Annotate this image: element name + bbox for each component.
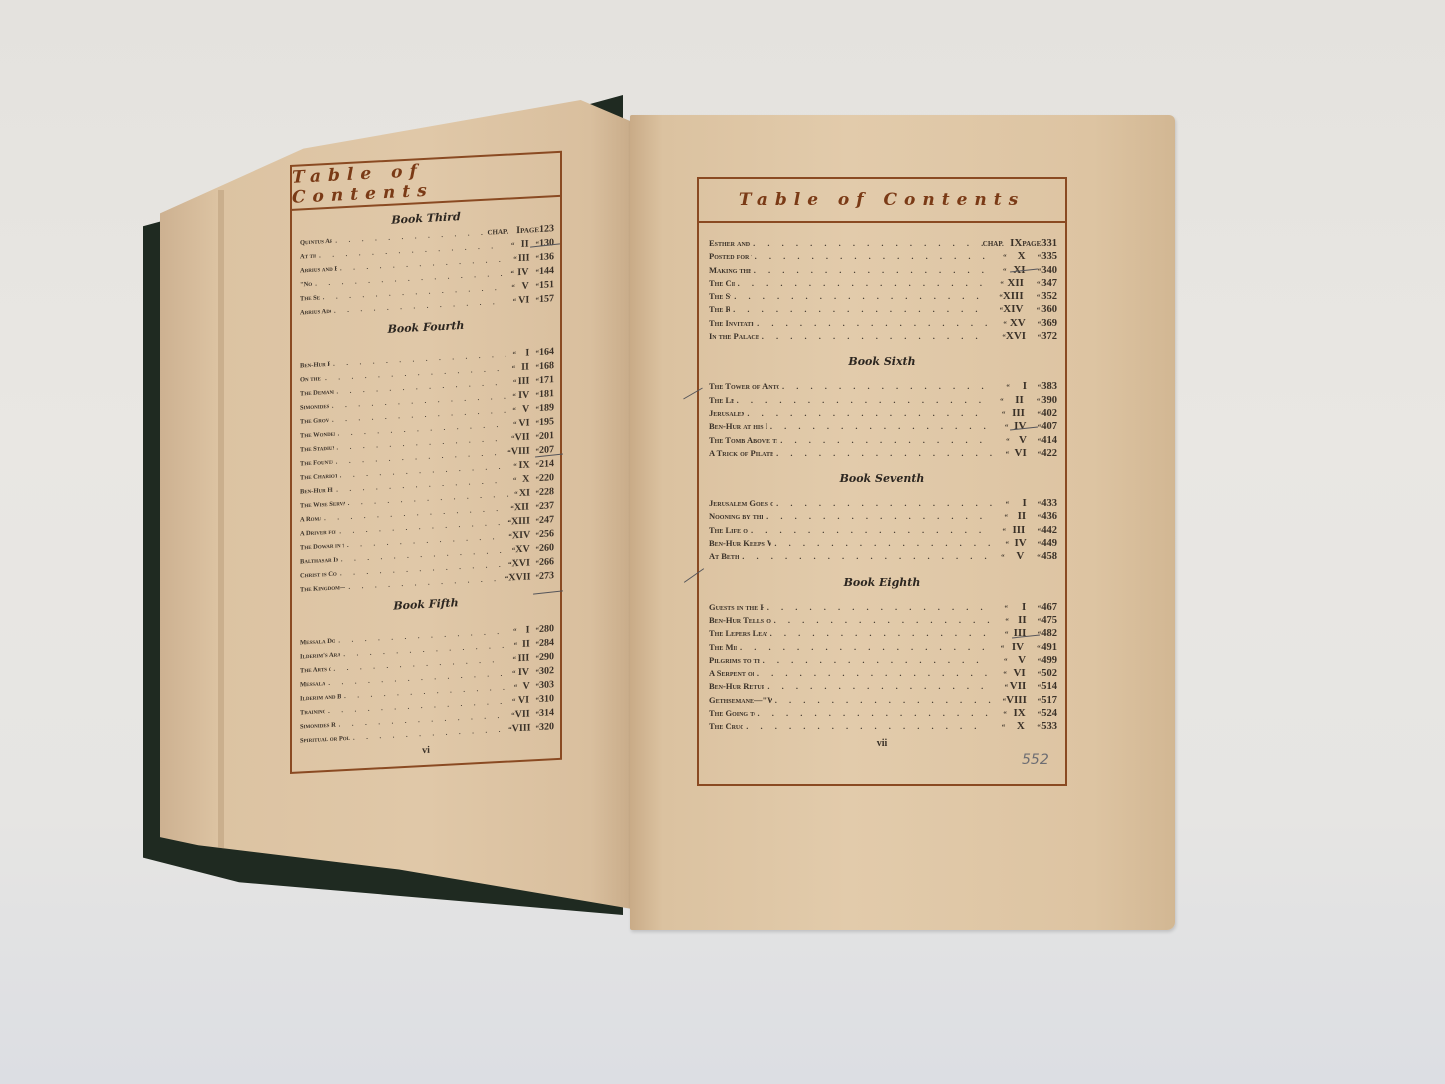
- leader-dots: [767, 627, 993, 640]
- page-number: 360: [1040, 303, 1057, 316]
- chapter-title: "No. 60": [300, 278, 312, 293]
- page-label: “: [530, 570, 539, 584]
- toc-row: Ben-Hur Returns to Esther “ VII “ 514: [699, 680, 1065, 693]
- chap-label: “: [505, 431, 514, 445]
- leader-dots: [752, 250, 990, 263]
- page-label: “: [530, 542, 539, 556]
- chapter-number: IV: [514, 266, 528, 281]
- page-label: “: [529, 651, 539, 666]
- chapter-number: IX: [1004, 237, 1023, 250]
- page-label: “: [1027, 615, 1042, 628]
- chap-label: “: [987, 642, 1005, 655]
- chapter-number: III: [1008, 627, 1026, 640]
- page-number: 303: [539, 678, 554, 693]
- page-label: “: [530, 430, 539, 444]
- chapter-title: A Trick of Pilate's—The Combat: [709, 447, 773, 460]
- chapter-number: XVI: [1006, 330, 1026, 343]
- toc-row: Jerusalem Again “ III “ 402: [699, 407, 1065, 420]
- leader-dots: [737, 641, 987, 654]
- chap-label: “: [993, 421, 1009, 434]
- chapter-number: V: [1010, 434, 1027, 447]
- page-label: “: [1026, 602, 1041, 615]
- toc-row: The Crucifixion “ X “ 533: [699, 720, 1065, 733]
- page-number: 123: [539, 222, 554, 237]
- page-number: 280: [539, 622, 554, 637]
- chap-label: “: [503, 266, 514, 281]
- chapter-title: Pilgrims to the Passover: [709, 654, 760, 667]
- toc-row: The Life of a Soul “ III “ 442: [699, 524, 1065, 537]
- leader-dots: [754, 317, 990, 330]
- page-number: 228: [539, 485, 554, 500]
- chap-label: “: [502, 515, 511, 529]
- chap-label: CHAP.: [487, 225, 508, 240]
- leader-dots: [739, 550, 987, 563]
- page-number: 136: [539, 250, 554, 265]
- chapter-title: The Invitation of Iras: [709, 317, 754, 330]
- chap-label: “: [505, 666, 515, 681]
- chapter-title: The Start: [709, 290, 731, 303]
- page-label: “: [529, 360, 539, 375]
- page-label: “: [529, 388, 539, 403]
- chapter-number: III: [516, 651, 529, 666]
- chap-label: “: [990, 331, 1006, 344]
- page-number: 331: [1041, 237, 1057, 250]
- page-number: 458: [1041, 550, 1057, 563]
- chapter-title: Ben-Hur Keeps Watch with Iras: [709, 537, 771, 550]
- page-number: 195: [539, 415, 554, 430]
- toc-row: The Tower of Antonia—Cell No. VI. “ I “ …: [699, 380, 1065, 393]
- page-number: 164: [539, 345, 554, 360]
- page-label: “: [530, 623, 540, 637]
- chapter-number: II: [1004, 394, 1024, 407]
- chapter-title: The Race: [709, 303, 730, 316]
- toc-row: Posted for the Race “ X “ 335: [699, 250, 1065, 263]
- chap-label: “: [993, 538, 1009, 551]
- leader-dots: [771, 537, 993, 550]
- book-heading: Book Eighth: [699, 576, 1065, 589]
- leader-dots: [754, 667, 990, 680]
- chap-label: “: [500, 572, 509, 586]
- page-number: 517: [1041, 694, 1057, 707]
- toc-row: Pilgrims to the Passover “ V “ 499: [699, 654, 1065, 667]
- chap-label: “: [988, 408, 1005, 421]
- page-label: “: [530, 486, 539, 500]
- chap-label: “: [988, 721, 1005, 734]
- page-number: 340: [1041, 264, 1057, 277]
- page-label: “: [1026, 708, 1042, 721]
- page-label: “: [530, 514, 539, 528]
- toc-row: Ben-Hur at his Father's Gate “ IV “ 407: [699, 420, 1065, 433]
- chapter-number: II: [517, 637, 530, 652]
- chapter-number: II: [514, 237, 528, 252]
- chapter-number: XVII: [508, 570, 530, 585]
- chapter-number: IX: [1007, 707, 1026, 720]
- toc-row: Esther and Ben-Hur CHAP. IX PAGE 331: [699, 237, 1065, 250]
- page-number: 247: [539, 513, 554, 528]
- chap-label: “: [994, 435, 1009, 448]
- chap-label: “: [993, 615, 1009, 628]
- chapter-title: The Life of a Soul: [709, 524, 748, 537]
- chap-label: “: [991, 695, 1006, 708]
- chap-label: “: [504, 501, 514, 516]
- chapter-number: X: [516, 472, 529, 487]
- page-number: 433: [1041, 497, 1057, 510]
- chapter-number: X: [1007, 250, 1026, 263]
- chapter-number: VI: [1007, 667, 1026, 680]
- toc-row: The Invitation of Iras “ XV “ 369: [699, 317, 1065, 330]
- toc-row: Gethsemane—"Whom Seek Ye?" “ VIII “ 517: [699, 694, 1065, 707]
- chap-label: “: [992, 628, 1008, 641]
- page-number: 514: [1041, 680, 1057, 693]
- chap-label: “: [992, 602, 1008, 615]
- page-number: 168: [539, 359, 554, 374]
- chapter-title: In the Palace of Idernee: [709, 330, 759, 343]
- chapter-number: XIV: [1003, 303, 1023, 316]
- toc-row: In the Palace of Idernee “ XVI “ 372: [699, 330, 1065, 343]
- chap-label: “: [990, 265, 1007, 278]
- chapter-number: VIII: [1006, 694, 1027, 707]
- chap-label: “: [985, 291, 1003, 304]
- toc-row: The Miracle “ IV “ 491: [699, 641, 1065, 654]
- page-label: “: [529, 402, 539, 417]
- chap-label: “: [505, 280, 515, 295]
- leader-dots: [771, 614, 994, 627]
- page-number: 347: [1040, 277, 1057, 290]
- chapter-number: V: [516, 402, 529, 417]
- page-number: 407: [1041, 420, 1057, 433]
- chap-label: “: [507, 252, 516, 266]
- chap-label: “: [506, 347, 516, 362]
- chapter-number: I: [508, 224, 520, 239]
- page-number: 422: [1041, 447, 1057, 460]
- leader-dots: [730, 303, 985, 316]
- chapter-number: X: [1005, 720, 1025, 733]
- chapter-number: XV: [515, 542, 529, 557]
- chapter-title: Posted for the Race: [709, 250, 752, 263]
- chapter-number: II: [1008, 510, 1026, 523]
- chapter-number: VI: [1009, 447, 1027, 460]
- page-label: “: [530, 458, 539, 472]
- page-label: “: [529, 500, 539, 515]
- chap-label: “: [506, 543, 515, 557]
- chapter-title: The Lepers Leave their Tomb: [709, 627, 767, 640]
- chapter-title: The Miracle: [709, 641, 737, 654]
- chapter-number: XIV: [512, 528, 530, 543]
- chapter-number: I: [1010, 380, 1027, 393]
- leader-dots: [764, 601, 992, 614]
- page-label: “: [1024, 551, 1040, 564]
- toc-row: Ben-Hur Tells of the Nazarene “ II “ 475: [699, 614, 1065, 627]
- page-label: “: [1024, 395, 1041, 408]
- chapter-title: Arrius Adopts Ben-Hur: [300, 305, 331, 321]
- chap-label: “: [504, 238, 514, 253]
- chap-label: “: [991, 655, 1007, 668]
- toc-row: The Lepers “ II “ 390: [699, 394, 1065, 407]
- chap-label: “: [505, 361, 515, 376]
- toc-right-panel: Table of Contents Esther and Ben-Hur CHA…: [697, 177, 1067, 786]
- chapter-number: IV: [1009, 537, 1027, 550]
- page-number: 402: [1041, 407, 1057, 420]
- page-label: “: [1023, 304, 1040, 317]
- page-label: “: [1025, 408, 1041, 421]
- toc-row: The Lepers Leave their Tomb “ III “ 482: [699, 627, 1065, 640]
- page-label: “: [530, 528, 539, 542]
- page-number: 436: [1041, 510, 1057, 523]
- leader-dots: [773, 447, 993, 460]
- page-number: 499: [1041, 654, 1057, 667]
- page-number: 372: [1041, 330, 1057, 343]
- leader-dots: [751, 264, 990, 277]
- page-number: 284: [539, 636, 554, 651]
- page-number: 266: [539, 555, 554, 570]
- toc-row: Jerusalem Goes out to a Prophet “ I “ 43…: [699, 497, 1065, 510]
- page-label: “: [1026, 318, 1042, 331]
- chap-label: “: [507, 459, 516, 473]
- page-number: 442: [1041, 524, 1057, 537]
- chap-label: “: [506, 294, 516, 309]
- page-label: “: [1027, 498, 1041, 511]
- toc-left-content: Book Third Quintus Arrius Goes to Sea CH…: [292, 205, 560, 748]
- chapter-number: IX: [517, 458, 530, 473]
- page-label: “: [529, 346, 539, 361]
- page-label: “: [530, 637, 539, 651]
- chapter-title: Making the Wagers: [709, 264, 751, 277]
- page-label: “: [530, 679, 539, 693]
- chapter-title: The Tomb Above the King's Garden.: [709, 434, 777, 447]
- page-label: “: [1027, 381, 1041, 394]
- chapter-number: III: [517, 251, 530, 266]
- chapter-title: A Roman Orgie: [300, 512, 321, 527]
- leader-dots: [759, 330, 990, 343]
- chap-label: “: [501, 445, 510, 459]
- page-label: “: [529, 293, 539, 308]
- leader-dots: [731, 290, 985, 303]
- page-number: 390: [1040, 394, 1057, 407]
- page-label: “: [530, 251, 539, 265]
- page-label: “: [1025, 525, 1041, 538]
- page-number: 310: [539, 692, 554, 707]
- page-number: 273: [539, 569, 554, 584]
- chap-label: “: [994, 498, 1010, 511]
- chap-label: “: [507, 624, 517, 638]
- page-number: 524: [1041, 707, 1057, 720]
- chap-label: “: [507, 375, 517, 390]
- leader-dots: [767, 420, 993, 433]
- page-number: 467: [1041, 601, 1057, 614]
- page-number: 314: [539, 706, 554, 721]
- chapter-title: The Kingdom—Spiritual or Political?: [300, 581, 345, 597]
- chapter-title: Nooning by the Pool—Iras: [709, 510, 763, 523]
- chapter-number: XII: [514, 500, 529, 515]
- page-number: 189: [539, 401, 554, 416]
- chapter-title: Guests in the House of Hur: [709, 601, 764, 614]
- chap-label: “: [985, 304, 1003, 317]
- page-label: “: [1027, 435, 1041, 448]
- page-label: PAGE: [1022, 238, 1041, 251]
- toc-title-right: Table of Contents: [699, 179, 1065, 223]
- page-label: “: [1024, 291, 1041, 304]
- leader-dots: [755, 707, 991, 720]
- leader-dots: [735, 277, 986, 290]
- page-number: 260: [539, 541, 554, 556]
- chap-label: “: [990, 708, 1007, 721]
- chapter-title: Esther and Ben-Hur: [709, 237, 750, 250]
- page-label: “: [1027, 538, 1042, 551]
- page-label: “: [531, 721, 539, 735]
- chapter-number: I: [1008, 601, 1026, 614]
- chapter-number: XIII: [1003, 290, 1024, 303]
- page-label: “: [1026, 331, 1041, 344]
- chapter-title: A Serpent of the Nile: [709, 667, 754, 680]
- chap-label: “: [986, 395, 1004, 408]
- chapter-title: Ben-Hur Returns to Esther: [709, 680, 764, 693]
- chapter-number: VII: [1008, 680, 1026, 693]
- page-label: “: [528, 265, 539, 280]
- chapter-title: Ben-Hur Tells of the Nazarene: [709, 614, 771, 627]
- toc-row: The Going to Calvary “ IX “ 524: [699, 707, 1065, 720]
- leader-dots: [744, 407, 988, 420]
- page-label: “: [1026, 655, 1041, 668]
- page-number: 302: [539, 664, 554, 679]
- page-label: “: [1027, 448, 1041, 461]
- chap-label: “: [990, 251, 1007, 264]
- page-label: “: [529, 693, 539, 708]
- toc-row: Ben-Hur Keeps Watch with Iras “ IV “ 449: [699, 537, 1065, 550]
- chapter-number: XI: [518, 486, 530, 501]
- page-number: 214: [539, 457, 554, 472]
- page-number: 201: [539, 429, 554, 444]
- toc-row: The Tomb Above the King's Garden. “ V “ …: [699, 434, 1065, 447]
- page-number: 352: [1040, 290, 1057, 303]
- leader-dots: [763, 510, 992, 523]
- chapter-number: III: [516, 374, 529, 389]
- page-number: 449: [1041, 537, 1057, 550]
- page-number: 320: [539, 720, 554, 735]
- chap-label: “: [507, 417, 517, 431]
- chapter-number: VI: [515, 693, 529, 708]
- leader-dots: [760, 654, 992, 667]
- leader-dots: [772, 694, 991, 707]
- leader-dots: [779, 380, 995, 393]
- chapter-number: VIII: [511, 444, 530, 459]
- page-label: “: [529, 279, 539, 294]
- toc-row: The Start “ XIII “ 352: [699, 290, 1065, 303]
- page-number: 414: [1041, 434, 1057, 447]
- page-label: “: [529, 472, 539, 487]
- book-heading: Book Sixth: [699, 355, 1065, 368]
- chapter-number: III: [1006, 524, 1025, 537]
- page-label: “: [1026, 511, 1041, 524]
- chap-label: “: [994, 448, 1010, 461]
- toc-row: Making the Wagers “ XI “ 340: [699, 264, 1065, 277]
- page-number: 475: [1041, 614, 1057, 627]
- chapter-title: Messala on Guard: [300, 677, 325, 692]
- page-number: 220: [539, 471, 554, 486]
- chapter-number: V: [515, 279, 529, 294]
- chapter-number: V: [1008, 654, 1026, 667]
- page-number: 335: [1041, 250, 1057, 263]
- chapter-number: V: [1005, 550, 1025, 563]
- page-number: 491: [1041, 641, 1057, 654]
- chap-label: “: [503, 529, 512, 543]
- chapter-title: The Tower of Antonia—Cell No. VI.: [709, 380, 779, 393]
- page-number: 237: [539, 499, 554, 514]
- chapter-number: IV: [1008, 420, 1026, 433]
- toc-row: Guests in the House of Hur “ I “ 467: [699, 601, 1065, 614]
- chapter-number: II: [1009, 614, 1027, 627]
- chapter-number: XVI: [512, 556, 530, 571]
- leader-dots: [743, 720, 988, 733]
- chapter-title: The Crucifixion: [709, 720, 743, 733]
- chapter-number: II: [515, 360, 529, 375]
- page-number: 157: [539, 292, 554, 307]
- page-number: 369: [1041, 317, 1057, 330]
- chap-label: “: [503, 722, 511, 736]
- chapter-title: Training the Four: [300, 705, 325, 720]
- book-heading: Book Seventh: [699, 472, 1065, 485]
- chap-label: “: [507, 473, 517, 488]
- page-label: “: [1027, 695, 1041, 708]
- page-number: 482: [1041, 627, 1057, 640]
- chap-label: “: [506, 389, 516, 404]
- page-number: 533: [1041, 720, 1057, 733]
- page-number: 256: [539, 527, 554, 542]
- chapter-title: Spiritual or Political?—Simonides Argues: [300, 732, 350, 749]
- page-label: “: [1024, 278, 1041, 291]
- chapter-number: VII: [515, 430, 530, 445]
- leader-dots: [734, 394, 986, 407]
- chap-label: “: [990, 318, 1007, 331]
- chapter-title: The Circus.: [709, 277, 735, 290]
- page-number: 383: [1041, 380, 1057, 393]
- toc-row: A Serpent of the Nile “ VI “ 502: [699, 667, 1065, 680]
- chapter-number: I: [517, 623, 530, 638]
- chapter-number: XII: [1004, 277, 1024, 290]
- chapter-number: VI: [516, 293, 529, 308]
- page-folio-right: vii: [699, 738, 1065, 749]
- chap-label: “: [506, 652, 516, 667]
- page-label: “: [1026, 251, 1042, 264]
- chapter-number: I: [516, 346, 529, 361]
- chapter-number: IV: [515, 665, 529, 680]
- chap-label: “: [505, 708, 514, 722]
- chapter-number: IV: [1004, 641, 1024, 654]
- chapter-number: III: [1005, 407, 1024, 420]
- leader-dots: [764, 680, 992, 693]
- page-label: “: [1026, 265, 1042, 278]
- chapter-number: VI: [516, 416, 529, 431]
- binding-fold: [218, 190, 224, 890]
- page-number: 290: [539, 650, 554, 665]
- chap-label: “: [987, 551, 1004, 564]
- chapter-title: Jerusalem Again: [709, 407, 744, 420]
- toc-row: At Bethabara “ V “ 458: [699, 550, 1065, 563]
- chapter-title: The Sea Fight: [300, 291, 320, 306]
- page-label: “: [1026, 681, 1041, 694]
- chap-label: “: [992, 681, 1008, 694]
- toc-right-content: Esther and Ben-Hur CHAP. IX PAGE 331 Pos…: [699, 223, 1065, 734]
- toc-row: A Trick of Pilate's—The Combat “ VI “ 42…: [699, 447, 1065, 460]
- chapter-number: VIII: [512, 721, 531, 736]
- toc-left-panel: Table of Contents Book Third Quintus Arr…: [290, 151, 562, 774]
- toc-row: The Circus. “ XII “ 347: [699, 277, 1065, 290]
- page-label: PAGE: [520, 223, 539, 238]
- chapter-number: IV: [516, 388, 529, 403]
- chap-label: “: [995, 381, 1010, 394]
- page-label: “: [1026, 668, 1042, 681]
- chap-label: “: [506, 403, 516, 418]
- page-number: 171: [539, 373, 554, 388]
